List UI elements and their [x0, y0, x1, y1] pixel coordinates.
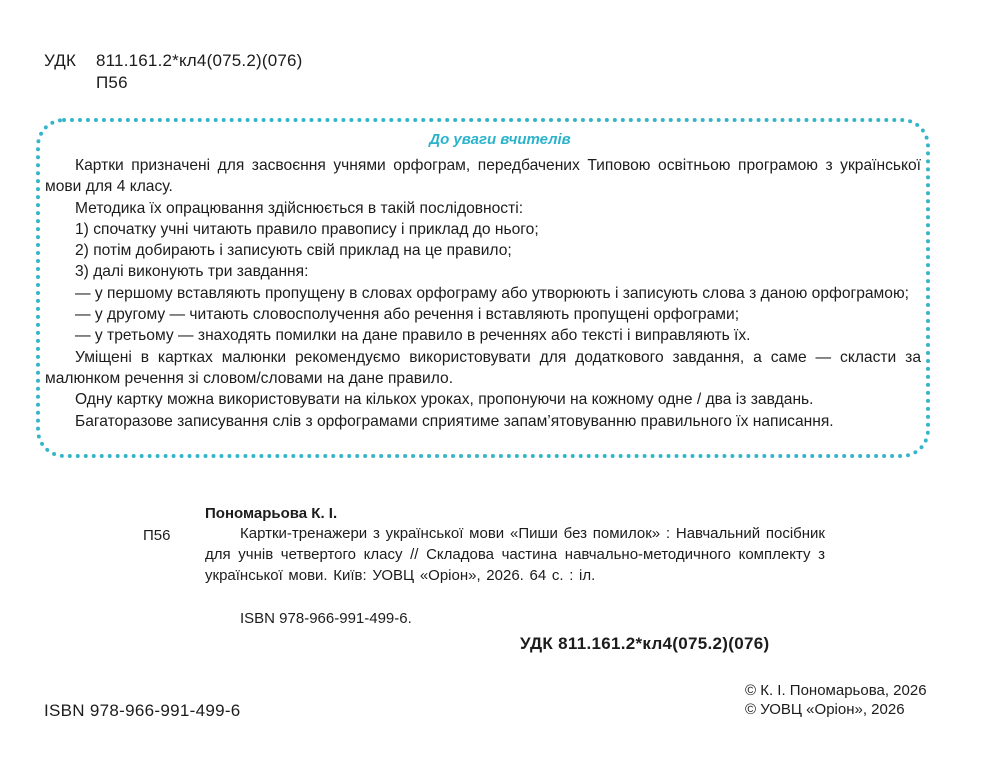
notice-title: До уваги вчителів	[0, 131, 1000, 149]
card-udk: УДК 811.161.2*кл4(075.2)(076)	[520, 634, 769, 654]
notice-task: — у другому — читають словосполучення аб…	[45, 304, 921, 325]
copyright-author: © К. І. Пономарьова, 2026	[745, 681, 927, 700]
udk-label: УДК	[44, 50, 96, 72]
udk-code: 811.161.2*кл4(075.2)(076)	[96, 50, 303, 72]
card-description: Картки-тренажери з української мови «Пиш…	[205, 523, 825, 586]
notice-step: 3) далі виконують три завдання:	[45, 261, 921, 282]
copyright-publisher: © УОВЦ «Оріон», 2026	[745, 700, 927, 719]
notice-step: 1) спочатку учні читають правило правопи…	[45, 219, 921, 240]
card-author: Пономарьова К. І.	[205, 505, 337, 523]
notice-task: — у першому вставляють пропущену в слова…	[45, 283, 921, 304]
notice-paragraph: Одну картку можна використовувати на кіл…	[45, 389, 921, 410]
card-isbn: ISBN 978-966-991-499-6.	[240, 610, 412, 628]
notice-paragraph: Методика їх опрацювання здійснюється в т…	[45, 198, 921, 219]
udk-header: УДК 811.161.2*кл4(075.2)(076) П56	[44, 50, 303, 94]
notice-paragraph: Картки призначені для засвоєння учнями о…	[45, 155, 921, 198]
notice-body: Картки призначені для засвоєння учнями о…	[45, 155, 921, 432]
card-code: П56	[143, 526, 170, 546]
notice-step: 2) потім добирають і записують свій прик…	[45, 240, 921, 261]
card-description-text: Картки-тренажери з української мови «Пиш…	[205, 523, 825, 586]
footer-isbn: ISBN 978-966-991-499-6	[44, 700, 241, 722]
copyright-block: © К. І. Пономарьова, 2026 © УОВЦ «Оріон»…	[745, 681, 927, 719]
author-mark: П56	[44, 72, 303, 94]
notice-task: — у третьому — знаходять помилки на дане…	[45, 325, 921, 346]
notice-paragraph: Багаторазове записування слів з орфограм…	[45, 411, 921, 432]
notice-paragraph: Уміщені в картках малюнки рекомендуємо в…	[45, 347, 921, 390]
